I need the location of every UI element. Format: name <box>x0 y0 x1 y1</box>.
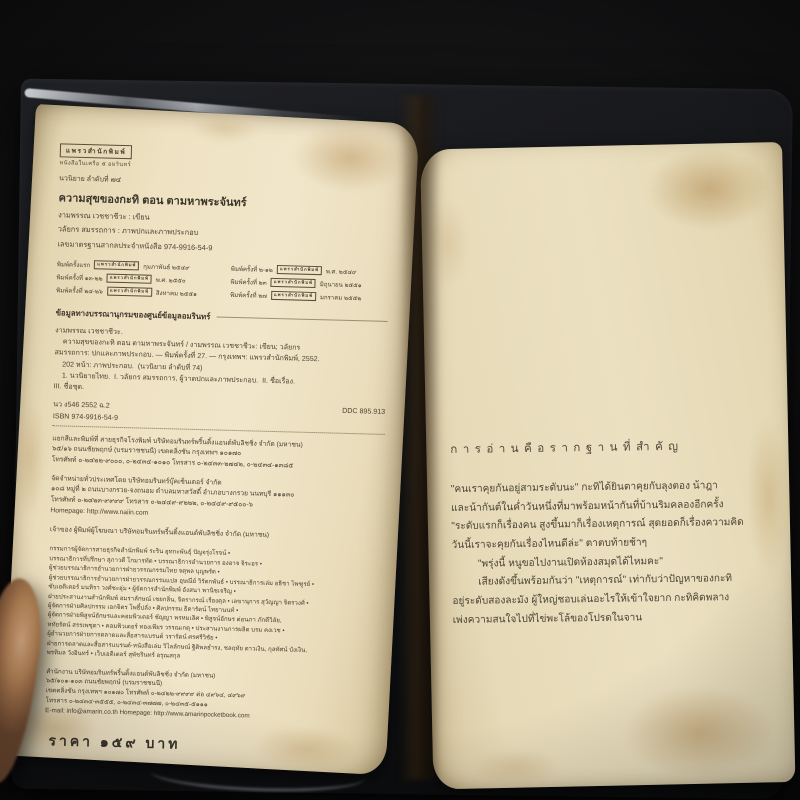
publisher-logo-badge: แพรวสำนักพิมพ์ <box>94 260 139 270</box>
cip-block: งามพรรณ เวชชาชีวะ. ความสุขของกะทิ ตอน ตา… <box>54 325 388 402</box>
printing-history: พิมพ์ครั้งแรก แพรวสำนักพิมพ์ กุมภาพันธ์ … <box>56 259 389 304</box>
chapter-page-content: การอ่านคือรากฐานที่สำคัญ "คนเราคุยกันอยู… <box>450 437 769 631</box>
printing-entry: พิมพ์ครั้งที่ ๒-๑๒ แพรวสำนักพิมพ์ พ.ศ. ๒… <box>231 263 389 277</box>
printing-label: พิมพ์ครั้งที่ ๒๓ <box>230 276 267 287</box>
printing-label: พิมพ์ครั้งแรก <box>57 259 91 270</box>
printing-entry: พิมพ์ครั้งที่ ๑๓-๒๒ แพรวสำนักพิมพ์ พ.ศ. … <box>56 272 214 286</box>
stain <box>417 178 480 309</box>
printing-date: พ.ศ. ๒๕๕๐ <box>156 274 186 285</box>
distributor-block: จัดจำหน่ายทั่วประเทศโดย บริษัทอมรินทร์บุ… <box>50 474 383 526</box>
staff-credits-block: กรรมการผู้จัดการสายธุรกิจสำนักพิมพ์ ระริ… <box>47 544 382 666</box>
open-book-photo: แพรวสำนักพิมพ์ หนังสือในเครือ ๕ อมรินทร์… <box>0 0 800 800</box>
price-label: ราคา ๑๕๙ บาท <box>48 731 376 762</box>
publisher-logo-badge: แพรวสำนักพิมพ์ <box>271 291 316 301</box>
publisher-logo-badge: แพรวสำนักพิมพ์ <box>107 287 152 297</box>
chapter-title: การอ่านคือรากฐานที่สำคัญ <box>450 437 766 459</box>
printing-label: พิมพ์ครั้งที่ ๒๔-๒๖ <box>56 285 103 296</box>
printing-date: มกราคม ๒๕๕๒ <box>320 292 362 303</box>
publisher-logo-badge: แพรวสำนักพิมพ์ <box>107 274 152 284</box>
publisher-logo: แพรวสำนักพิมพ์ <box>60 143 133 159</box>
ddc-number: DDC 895.913 <box>342 406 385 418</box>
printing-entry: พิมพ์ครั้งที่ ๒๓ แพรวสำนักพิมพ์ มิถุนายน… <box>230 276 388 290</box>
printing-label: พิมพ์ครั้งที่ ๑๓-๒๒ <box>56 272 102 283</box>
right-page: การอ่านคือรากฐานที่สำคัญ "คนเราคุยกันอยู… <box>420 142 795 789</box>
printing-label: พิมพ์ครั้งที่ ๒๗ <box>230 289 267 300</box>
publisher-logo-subtitle: หนังสือในเครือ ๕ อมรินทร์ <box>59 159 391 176</box>
publisher-logo-badge: แพรวสำนักพิมพ์ <box>277 265 322 275</box>
printing-entry: พิมพ์ครั้งแรก แพรวสำนักพิมพ์ กุมภาพันธ์ … <box>57 259 215 273</box>
stain <box>621 130 798 249</box>
printing-entry: พิมพ์ครั้งที่ ๒๔-๒๖ แพรวสำนักพิมพ์ สิงหา… <box>56 285 214 299</box>
imprint-page-content: แพรวสำนักพิมพ์ หนังสือในเครือ ๕ อมรินทร์… <box>44 139 392 761</box>
stain <box>593 666 800 800</box>
cip-section-header: ข้อมูลทางบรรณานุกรมของศูนย์ข้อมูลอมรินทร… <box>55 307 210 323</box>
printing-entry: พิมพ์ครั้งที่ ๒๗ แพรวสำนักพิมพ์ มกราคม ๒… <box>230 289 388 303</box>
divider <box>216 316 387 321</box>
printing-date: สิงหาคม ๒๕๕๑ <box>156 287 197 298</box>
printing-date: กุมภาพันธ์ ๒๕๔๙ <box>143 261 190 272</box>
publisher-logo-badge: แพรวสำนักพิมพ์ <box>271 278 316 288</box>
printing-date: มิถุนายน ๒๕๕๑ <box>320 279 362 290</box>
printer-block: แยกสีและพิมพ์ที่ สายธุรกิจโรงพิมพ์ บริษั… <box>52 434 385 475</box>
office-block: สำนักงาน บริษัทอมรินทร์พริ้นติ้งแอนด์พับ… <box>45 667 378 724</box>
printing-date: พ.ศ. ๒๕๔๙ <box>326 266 357 277</box>
printing-label: พิมพ์ครั้งที่ ๒-๑๒ <box>231 263 273 274</box>
owner-line: เจ้าของ ผู้พิมพ์ผู้โฆษณา บริษัทอมรินทร์พ… <box>50 525 382 544</box>
body-line: เพ่งความสนใจไปที่ไข่พะโล้ของโปรดในจาน <box>453 607 769 630</box>
call-number: นว ง546 2552 ฉ.2 <box>53 399 110 411</box>
left-page: แพรวสำนักพิมพ์ หนังสือในเครือ ๕ อมรินทร์… <box>2 104 420 775</box>
